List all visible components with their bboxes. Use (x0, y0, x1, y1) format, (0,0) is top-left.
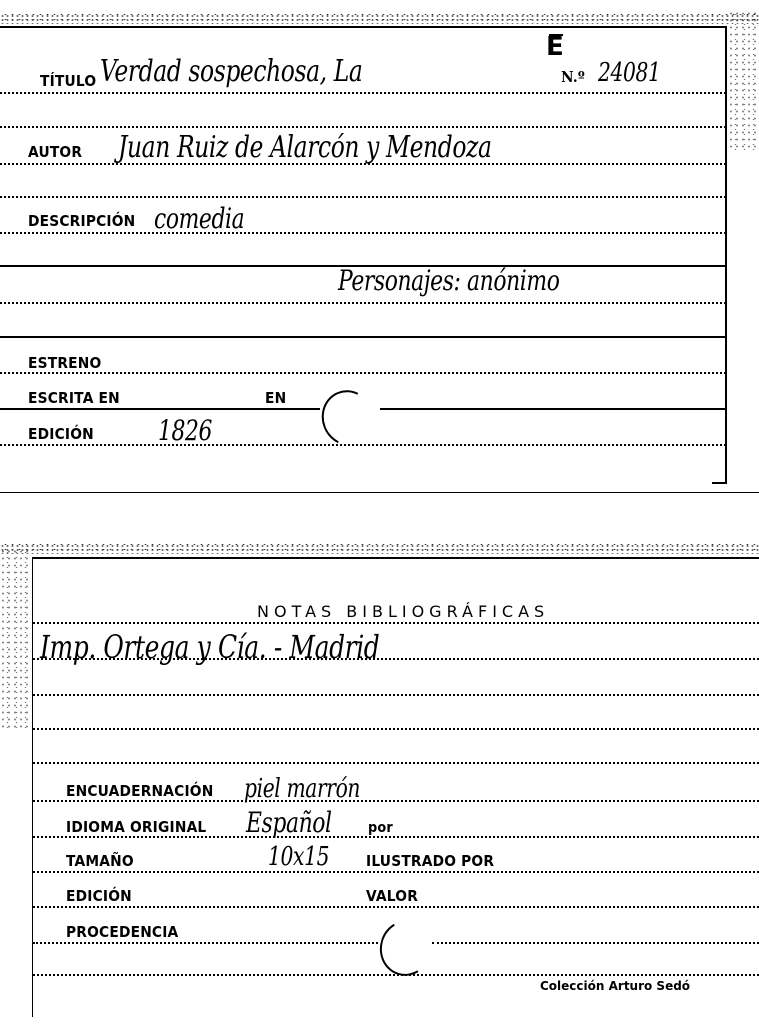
rule-n5 (33, 762, 759, 764)
encuadernacion-label: ENCUADERNACIÓN (66, 782, 213, 800)
card-top-edge (0, 26, 726, 28)
card-bottom-hook (712, 482, 727, 484)
scan-noise-right (728, 10, 759, 150)
edicion-label: EDICIÓN (66, 887, 132, 905)
titulo-label: TÍTULO (40, 72, 96, 90)
rule-heading (33, 622, 759, 624)
rule-estreno (0, 372, 726, 374)
rule-personajes (0, 302, 726, 304)
rule-n4 (33, 728, 759, 730)
tamano-label: TAMAÑO (66, 852, 134, 870)
rule-autor (0, 163, 726, 165)
personajes-value: Personajes: anónimo (338, 264, 559, 297)
autor-label: AUTOR (28, 143, 82, 161)
scan-noise-top (0, 14, 759, 24)
rule-notes (33, 658, 759, 660)
idioma-label: IDIOMA ORIGINAL (66, 818, 206, 836)
rule-2 (0, 126, 726, 128)
catalog-card-top: E N.º 24081 TÍTULO Verdad sospechosa, La… (0, 0, 759, 495)
card-top-edge (32, 557, 759, 559)
rule-edicion (33, 906, 759, 908)
descripcion-value: comedia (154, 202, 244, 235)
escrita-en-label: ESCRITA EN (28, 389, 120, 407)
rule-descripcion (0, 232, 726, 234)
rule-procedencia (33, 942, 378, 944)
rule-procedencia-right (432, 942, 759, 944)
circular-stamp (374, 914, 439, 982)
scan-noise-left (0, 548, 30, 728)
rule-edicion (0, 444, 726, 446)
rule-last (33, 974, 759, 976)
rule-titulo (0, 92, 726, 94)
rule-8 (0, 336, 726, 338)
number-label: N.º (561, 68, 585, 86)
rule-escrita-right (380, 408, 726, 410)
edicion-label: EDICIÓN (28, 425, 94, 443)
valor-label: VALOR (366, 887, 418, 905)
edicion-value: 1826 (158, 414, 212, 447)
card-left-edge (32, 557, 33, 1017)
catalog-card-bottom: NOTAS BIBLIOGRÁFICAS Imp. Ortega y Cía. … (0, 530, 759, 1028)
por-label: por (368, 820, 393, 836)
rule-encuadernacion (33, 800, 759, 802)
estreno-label: ESTRENO (28, 354, 101, 372)
rule-idioma (33, 836, 759, 838)
rule-tamano (33, 871, 759, 873)
rule-4 (0, 196, 726, 198)
en-label: EN (265, 389, 286, 407)
card-bottom-edge (0, 492, 759, 493)
scan-noise-top (0, 544, 759, 554)
collection-footer: Colección Arturo Sedó (540, 979, 690, 993)
idioma-value: Español (246, 806, 332, 839)
circular-stamp (314, 383, 382, 453)
procedencia-label: PROCEDENCIA (66, 923, 178, 941)
ilustrado-label: ILUSTRADO POR (366, 852, 494, 870)
number-value: 24081 (598, 58, 661, 88)
rule-escrita (0, 408, 320, 410)
notes-value: Imp. Ortega y Cía. - Madrid (40, 628, 379, 666)
autor-value: Juan Ruiz de Alarcón y Mendoza (118, 130, 492, 165)
tamano-value: 10x15 (268, 842, 329, 872)
rule-n3 (33, 694, 759, 696)
descripcion-label: DESCRIPCIÓN (28, 212, 135, 230)
notas-heading: NOTAS BIBLIOGRÁFICAS (257, 602, 549, 621)
catalog-mark: E (546, 32, 564, 62)
card-right-edge (725, 26, 727, 482)
catalog-mark-bar (549, 34, 563, 36)
titulo-value: Verdad sospechosa, La (100, 54, 362, 89)
